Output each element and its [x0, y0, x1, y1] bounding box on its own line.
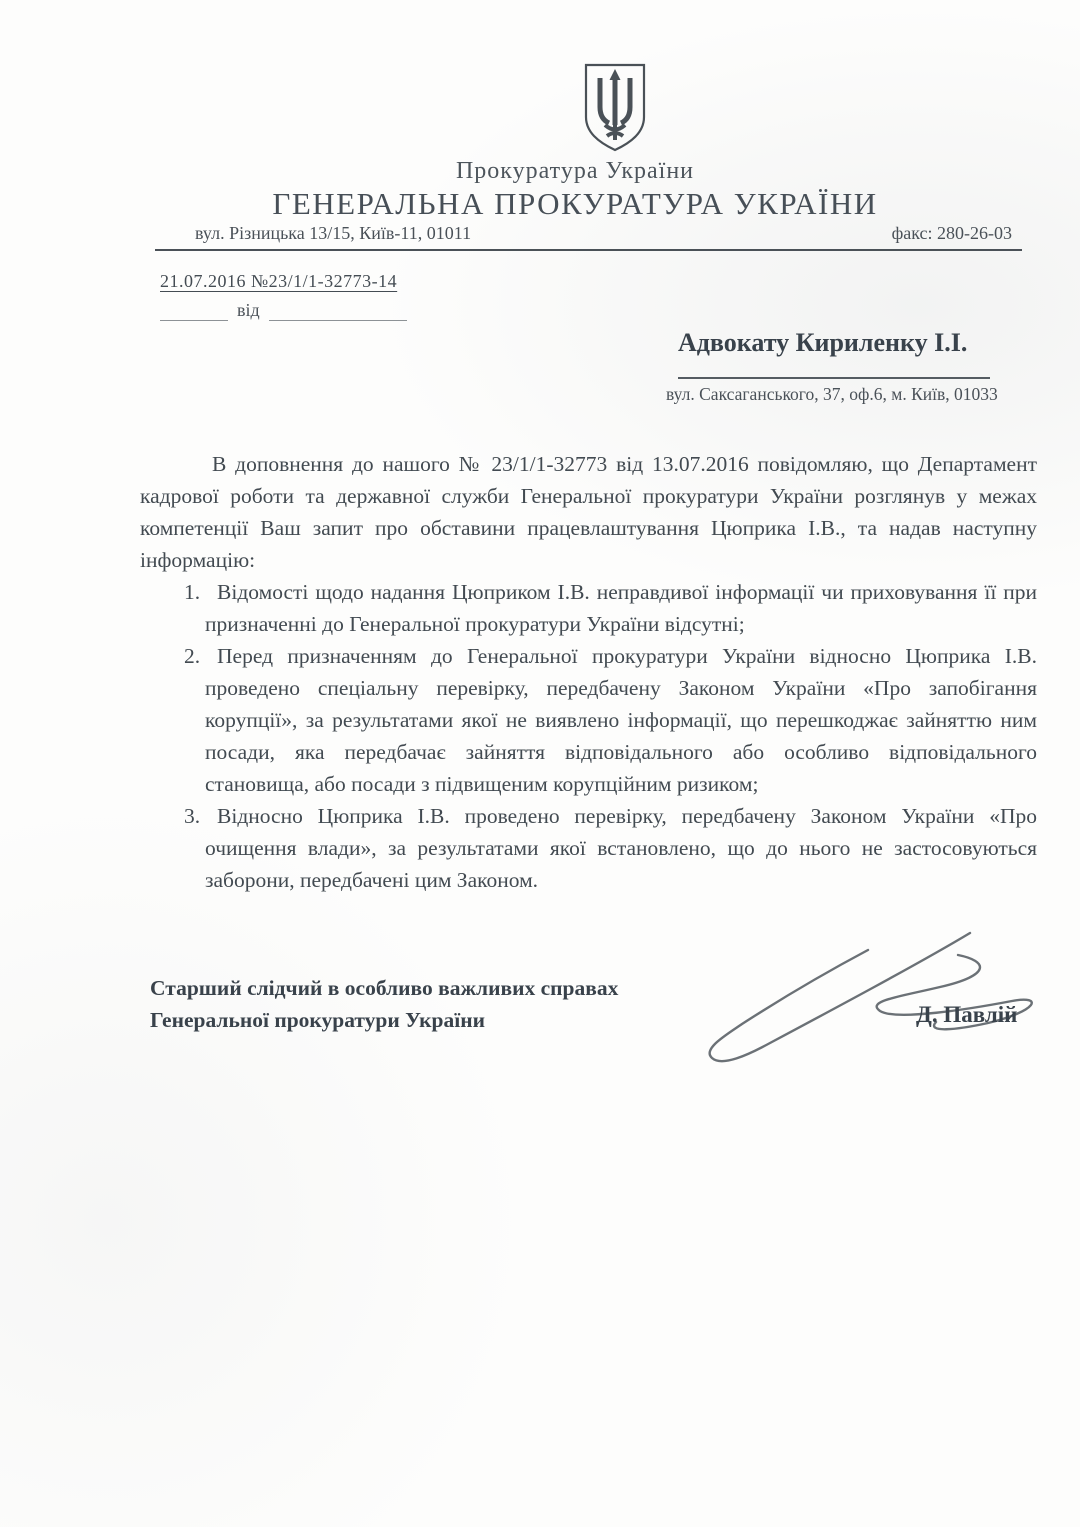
list-item-number: 3. — [184, 800, 200, 832]
recipient-address: вул. Саксаганського, 37, оф.6, м. Київ, … — [666, 384, 998, 405]
signer-title-line1: Старший слідчий в особливо важливих спра… — [150, 972, 618, 1004]
blank-field — [160, 301, 228, 321]
incoming-ref-line: від — [160, 300, 407, 321]
ukraine-trident-emblem — [583, 62, 647, 154]
org-address: вул. Різницька 13/15, Київ-11, 01011 — [195, 223, 471, 244]
signer-title-line2: Генеральної прокуратури України — [150, 1004, 618, 1036]
outgoing-ref-number: 21.07.2016 №23/1/1-32773-14 — [160, 271, 397, 292]
recipient-divider — [678, 377, 990, 379]
letterhead-contact-row: вул. Різницька 13/15, Київ-11, 01011 фак… — [195, 223, 1012, 244]
letterhead-divider — [155, 249, 1022, 251]
list-item-number: 1. — [184, 576, 200, 608]
handwritten-signature — [640, 925, 1050, 1075]
list-item: 1. Відомості щодо надання Цюприком І.В. … — [140, 576, 1037, 640]
list-item: 3. Відносно Цюприка І.В. проведено перев… — [140, 800, 1037, 896]
org-name-title: ГЕНЕРАЛЬНА ПРОКУРАТУРА УКРАЇНИ — [100, 186, 1050, 222]
org-fax: факс: 280-26-03 — [892, 223, 1012, 244]
list-item-number: 2. — [184, 640, 200, 672]
list-item: 2. Перед призначенням до Генеральної про… — [140, 640, 1037, 800]
list-item-text: Перед призначенням до Генеральної прокур… — [205, 644, 1037, 796]
list-item-text: Відносно Цюприка І.В. проведено перевірк… — [205, 804, 1037, 892]
org-name-small: Прокуратура України — [140, 158, 1010, 185]
blank-field — [269, 301, 407, 321]
intro-paragraph: В доповнення до нашого № 23/1/1-32773 ві… — [140, 448, 1037, 576]
letter-body: В доповнення до нашого № 23/1/1-32773 ві… — [140, 448, 1037, 896]
signer-name: Д. Павлій — [916, 1002, 1017, 1028]
numbered-list: 1. Відомості щодо надання Цюприком І.В. … — [140, 576, 1037, 896]
trident-icon — [583, 62, 647, 154]
list-item-text: Відомості щодо надання Цюприком І.В. неп… — [205, 580, 1037, 636]
vid-label: від — [228, 300, 269, 321]
recipient-name: Адвокату Кириленку І.І. — [678, 328, 967, 358]
scanned-letter-page: Прокуратура України ГЕНЕРАЛЬНА ПРОКУРАТУ… — [0, 0, 1080, 1527]
signer-title: Старший слідчий в особливо важливих спра… — [150, 972, 618, 1036]
